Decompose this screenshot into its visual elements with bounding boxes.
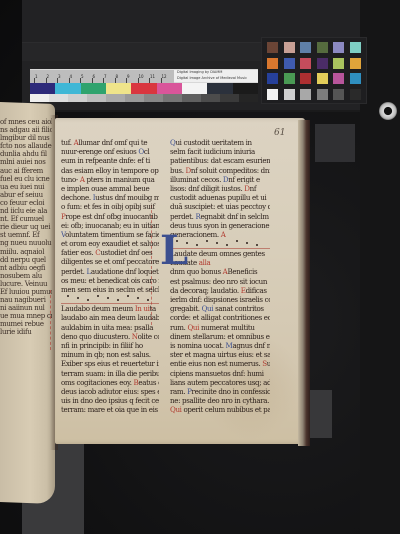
- colour-swatch: [106, 83, 131, 94]
- ruler-number: 9: [127, 74, 130, 79]
- text-line: auldabim in uita mea: psalla: [61, 323, 159, 332]
- text-line: rum. Qui numerat multitu: [170, 323, 270, 332]
- verso-text-line: nt. Ef cumuel: [0, 215, 52, 223]
- text-line: Exiber sps eius et reuertetur in: [61, 359, 159, 368]
- checker-chip: [317, 73, 328, 84]
- verso-text-line: fcto nos allaude: [0, 142, 52, 150]
- ruler-number: 4: [70, 74, 73, 79]
- ruler-number: 11: [150, 74, 155, 79]
- text-line: das esiam elloy in tempore opu: [61, 166, 159, 175]
- gray-swatch: [68, 94, 87, 102]
- text-line: selm facit iudicium iniuria: [170, 147, 270, 156]
- text-line: e implen ouae ammal beue: [61, 184, 159, 193]
- verso-text-line: co feuur ecloi: [0, 199, 52, 207]
- verso-text-line: ue mua mnep cri: [0, 312, 52, 320]
- text-line: is nomina uocat. Magnus dnf no: [170, 341, 270, 350]
- text-line: uis in dno deo ipsius q fecit celum et: [61, 396, 159, 405]
- colour-swatch: [55, 83, 80, 94]
- gray-swatch: [182, 94, 201, 102]
- checker-chip: [350, 42, 361, 53]
- decorated-initial: L: [160, 231, 188, 271]
- red-initial: A: [221, 230, 226, 239]
- diamm-label: Digital Imaging by DIAMM Digital Image A…: [174, 70, 258, 82]
- colour-swatch: [131, 83, 156, 94]
- text-line: minum in qb; non est salus.: [61, 350, 159, 359]
- checker-chip: [284, 73, 295, 84]
- verso-text-line: rie dieur uq uei: [0, 223, 52, 231]
- checker-chip: [267, 42, 278, 53]
- gray-swatch: [144, 94, 163, 102]
- support-block: [315, 124, 355, 162]
- red-initial: alla: [199, 258, 211, 267]
- verso-text-line: lucure. Veinuu: [0, 280, 52, 288]
- verso-text-line: nosubem alu: [0, 272, 52, 280]
- text-line: nuur-erenge onf esiuos Ocl: [61, 147, 159, 156]
- checker-chip: [317, 42, 328, 53]
- verso-text: of mnes ceu aioluns adgau aii filiolmgib…: [0, 118, 52, 418]
- text-line: Qui custodit ueritatem in: [170, 138, 270, 147]
- neume: [117, 299, 119, 301]
- text-line: ei: ofb; inuocanab; eu in uitiant: [61, 221, 159, 230]
- checker-chip: [300, 58, 311, 69]
- neume: [256, 244, 258, 246]
- text-line: o fum: et fes in oibj opibj suif: [61, 202, 159, 211]
- checker-chip: [284, 89, 295, 100]
- neume: [147, 299, 149, 301]
- text-line: dechone. Iustus dnf mouibg m: [61, 193, 159, 202]
- colour-swatch: [182, 83, 207, 94]
- text-line: deno quo diucustero. Nolite co: [61, 332, 159, 341]
- gray-swatch: [163, 94, 182, 102]
- music-staff: [61, 294, 159, 304]
- ruler: 123456789101112: [30, 70, 174, 84]
- verso-text-line: auc ai fferem: [0, 167, 52, 175]
- text-line: Laudabo deum meum In uita: [61, 304, 159, 313]
- ruler-number: 7: [104, 74, 107, 79]
- verso-text-line: Ef luuiou pumuo: [0, 288, 52, 296]
- ruler-number: 5: [81, 74, 84, 79]
- text-line: nfi in principib: in filiif ho: [61, 341, 159, 350]
- red-initial: Qui: [187, 323, 199, 332]
- verso-text-line: mumei rebue: [0, 320, 52, 328]
- gray-swatch: [87, 94, 106, 102]
- text-line: terram suam: in illa die peribut: [61, 369, 159, 378]
- text-line: Prope est dnf ofbg inuocantib: [61, 212, 159, 221]
- checker-chip: [284, 42, 295, 53]
- neume: [87, 299, 89, 301]
- verso-text-line: ua eu iuei nui: [0, 183, 52, 191]
- verso-text-line: of mnes ceu aiolu: [0, 118, 52, 126]
- text-line: cipiens mansuetos dnf: humi: [170, 369, 270, 378]
- colour-checker: [261, 37, 367, 104]
- text-line: eum in refpeante dnfe: ef ti: [61, 156, 159, 165]
- verso-text-line: fuel eu clu icne: [0, 175, 52, 183]
- text-line: duā suscipiet: et uias pecctoy des: [170, 202, 270, 211]
- verso-text-line: ns adgau aii filio: [0, 126, 52, 134]
- text-line: perdet. Regnabit dnf in selclm de: [170, 212, 270, 221]
- checker-chip: [300, 73, 311, 84]
- colour-swatch-row: [30, 83, 258, 94]
- checker-chip: [267, 73, 278, 84]
- text-line: da decoraq; laudatio. Edificas: [170, 286, 270, 295]
- red-initial: In ui: [135, 304, 150, 313]
- checker-chip: [333, 73, 344, 84]
- gray-scale-row: [30, 94, 258, 102]
- text-line: men sem eius in seclm et selclm seli.: [61, 285, 159, 294]
- verso-text-line: ni aaiinun nul: [0, 304, 52, 312]
- checker-chip: [267, 58, 278, 69]
- neume: [246, 242, 248, 244]
- text-line: et orom eoy exaudiet et saluos: [61, 239, 159, 248]
- verso-text-line: nt adbiu oegfi: [0, 264, 52, 272]
- verso-text-line: lurie idifu: [0, 328, 52, 336]
- text-line: dinem stellarum: et omnibus e: [170, 332, 270, 341]
- ruler-number: 8: [116, 74, 119, 79]
- neume: [97, 295, 99, 297]
- checker-chip: [350, 58, 361, 69]
- verso-text-line: nd iiclu eie ala: [0, 207, 52, 215]
- support-block-lower: [310, 390, 332, 438]
- checker-chip: [317, 89, 328, 100]
- text-line: corde: et alligat contritiones eo: [170, 313, 270, 322]
- penwork-flourish: [50, 290, 59, 350]
- neume: [127, 295, 129, 297]
- text-line: ster et magna uirtus eius: et sapi: [170, 350, 270, 359]
- neume: [107, 297, 109, 299]
- gray-swatch: [220, 94, 239, 102]
- text-line: tuno- A pters in manium qua: [61, 175, 159, 184]
- gray-swatch: [239, 94, 258, 102]
- checker-chip: [350, 89, 361, 100]
- text-line: deus iacob adiutor eius: spes e: [61, 387, 159, 396]
- text-line: lians autem peccatores usq; ad ter: [170, 378, 270, 387]
- text-line: perdet. Laudatione dnf loquet: [61, 267, 159, 276]
- verso-text-line: lmgibur dil nus: [0, 134, 52, 142]
- text-line: entie eius non est numerus. Sus: [170, 359, 270, 368]
- text-line: gregabit. Qui sanat contritos: [170, 304, 270, 313]
- verso-text-line: st uemnf. Ef: [0, 231, 52, 239]
- neume: [236, 240, 238, 242]
- text-line: Voluntatem timentium se faciet: [61, 230, 159, 239]
- neume: [206, 240, 208, 242]
- neume: [216, 242, 218, 244]
- red-initial: Qui: [170, 405, 182, 414]
- text-line: ierlm dnf: dispsiones israelis co: [170, 295, 270, 304]
- text-line: oms cogitaciones eoy. Beatus cui: [61, 378, 159, 387]
- ruler-number: 3: [58, 74, 61, 79]
- checker-chip: [267, 89, 278, 100]
- label-line-2: Digital Image Archive of Medieval Music: [177, 76, 258, 82]
- colour-swatch: [30, 83, 55, 94]
- ruler-number: 6: [93, 74, 96, 79]
- verso-text-line: miilu. aqnaiol: [0, 248, 52, 256]
- gray-swatch: [106, 94, 125, 102]
- checker-chip: [284, 58, 295, 69]
- ruler-number: 10: [139, 74, 144, 79]
- colour-swatch: [233, 83, 258, 94]
- checker-chip: [333, 42, 344, 53]
- text-line: est psalmus: deo nro sit iocun: [170, 277, 270, 286]
- checker-chip: [350, 73, 361, 84]
- verso-text-line: dd nerpu quel: [0, 256, 52, 264]
- verso-text-line: mlni auiei nos: [0, 158, 52, 166]
- verso-text-line: nau nagibueri: [0, 296, 52, 304]
- gray-swatch: [125, 94, 144, 102]
- text-line: ne: psallite deo nro in cythara.: [170, 396, 270, 405]
- neume: [226, 244, 228, 246]
- verso-text-line: abur ef seiuu: [0, 191, 52, 199]
- neume: [196, 244, 198, 246]
- ruler-number: 2: [47, 74, 50, 79]
- page-fore-edge: [298, 120, 310, 446]
- ruler-number: 12: [162, 74, 167, 79]
- checker-chip: [333, 89, 344, 100]
- text-line: lisos: dnf diligit iustos. Dnf: [170, 184, 270, 193]
- neume: [77, 297, 79, 299]
- checker-chip: [333, 58, 344, 69]
- bolt-nut-icon: [379, 102, 397, 120]
- text-line: ram. Precinite dno in confessio: [170, 387, 270, 396]
- neume: [137, 297, 139, 299]
- text-column-left: tuf. Allumar dnf omf qui tenuur-erenge o…: [61, 138, 159, 414]
- checker-chip: [317, 58, 328, 69]
- text-line: custodit aduenas pupillu et ui: [170, 193, 270, 202]
- text-line: tuf. Allumar dnf omf qui te: [61, 138, 159, 147]
- verso-text-line: dunlia ahdu fil: [0, 150, 52, 158]
- ruler-number: 1: [35, 74, 38, 79]
- gray-swatch: [49, 94, 68, 102]
- text-line: laudabo ain mea deum laudabo alla: [61, 313, 159, 322]
- checker-chip: [300, 89, 311, 100]
- text-line: diligentes se et omf peccatores dis: [61, 257, 159, 266]
- text-column-right: Qui custodit ueritatem inselm facit iudi…: [170, 138, 270, 414]
- text-line: Qui operit celum nubibus et parat: [170, 405, 270, 414]
- colour-swatch: [207, 83, 232, 94]
- blue-initial: Qui: [202, 304, 214, 313]
- neume: [67, 295, 69, 297]
- colour-swatch: [157, 83, 182, 94]
- text-line: patientibus: dat escam esurienti: [170, 156, 270, 165]
- text-line: fatier eos. Custodiet dnf oes: [61, 248, 159, 257]
- folio-number: 61: [274, 128, 285, 138]
- text-line: terram: mare et oia que in eis st.: [61, 405, 159, 414]
- text-line: os meu: et benedicat ois caro no: [61, 276, 159, 285]
- gray-swatch: [201, 94, 220, 102]
- colour-swatch: [81, 83, 106, 94]
- text-line: illuminat cecos. Dnf erigit e: [170, 175, 270, 184]
- verso-text-line: ng nueu nuuolu: [0, 239, 52, 247]
- gray-swatch: [30, 94, 49, 102]
- text-line: bus. Dnf soluit compeditos: dnf: [170, 166, 270, 175]
- checker-chip: [300, 42, 311, 53]
